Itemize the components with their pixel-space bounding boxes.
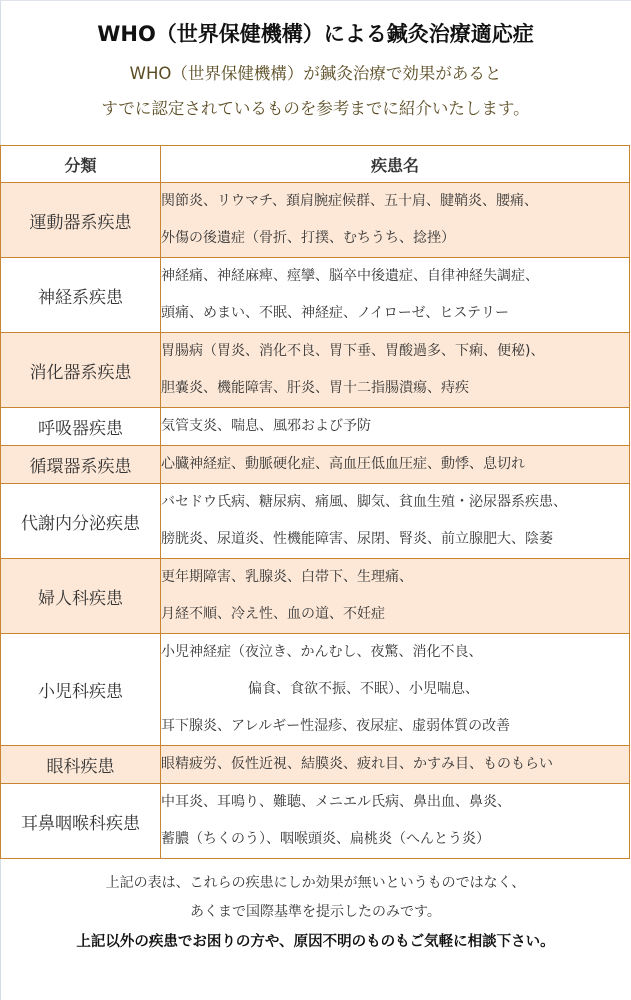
- disease-line: 中耳炎、耳鳴り、難聴、メニエル氏病、鼻出血、鼻炎、: [161, 784, 629, 821]
- disease-cell: 眼精疲労、仮性近視、結膜炎、疲れ目、かすみ目、ものもらい: [161, 746, 630, 784]
- disease-cell: バセドウ氏病、糖尿病、痛風、脚気、貧血生殖・泌尿器系疾患、 膀胱炎、尿道炎、性機…: [161, 484, 630, 559]
- table-row: 循環器系疾患 心臓神経症、動脈硬化症、高血圧低血圧症、動悸、息切れ: [1, 446, 630, 484]
- disease-line: 神経痛、神経麻痺、痙攣、脳卒中後遺症、自律神経失調症、: [161, 258, 629, 295]
- disease-line: 偏食、食欲不振、不眠）、小児喘息、: [161, 671, 629, 708]
- disease-line: 関節炎、リウマチ、頚肩腕症候群、五十肩、腱鞘炎、腰痛、: [161, 183, 629, 220]
- category-cell: 耳鼻咽喉科疾患: [1, 784, 161, 859]
- disease-line: 胃腸病（胃炎、消化不良、胃下垂、胃酸過多、下痢、便秘)、: [161, 333, 629, 370]
- table-row: 眼科疾患 眼精疲労、仮性近視、結膜炎、疲れ目、かすみ目、ものもらい: [1, 746, 630, 784]
- category-cell: 小児科疾患: [1, 634, 161, 746]
- disease-cell: 小児神経症（夜泣き、かんむし、夜驚、消化不良、 偏食、食欲不振、不眠）、小児喘息…: [161, 634, 630, 746]
- subtitle-line-1: WHO（世界保健機構）が鍼灸治療で効果があると: [0, 56, 631, 92]
- disease-line: 外傷の後遺症（骨折、打撲、むちうち、捻挫）: [161, 220, 629, 257]
- disease-line: 膀胱炎、尿道炎、性機能障害、尿閉、腎炎、前立腺肥大、陰萎: [161, 521, 629, 558]
- table-row: 呼吸器疾患 気管支炎、喘息、風邪および予防: [1, 408, 630, 446]
- table-row: 神経系疾患 神経痛、神経麻痺、痙攣、脳卒中後遺症、自律神経失調症、 頭痛、めまい…: [1, 258, 630, 333]
- table-row: 代謝内分泌疾患 バセドウ氏病、糖尿病、痛風、脚気、貧血生殖・泌尿器系疾患、 膀胱…: [1, 484, 630, 559]
- category-cell: 神経系疾患: [1, 258, 161, 333]
- footer-note-line-2: あくまで国際基準を提示したのみです。: [0, 895, 631, 929]
- page-title: WHO（世界保健機構）による鍼灸治療適応症: [0, 18, 631, 50]
- disease-line: 眼精疲労、仮性近視、結膜炎、疲れ目、かすみ目、ものもらい: [161, 746, 629, 783]
- footer-consultation-note: 上記以外の疾患でお困りの方や、原因不明のものもご気軽に相談下さい。: [0, 925, 631, 959]
- disease-cell: 気管支炎、喘息、風邪および予防: [161, 408, 630, 446]
- category-cell: 眼科疾患: [1, 746, 161, 784]
- disease-cell: 中耳炎、耳鳴り、難聴、メニエル氏病、鼻出血、鼻炎、 蓄膿（ちくのう）、咽喉頭炎、…: [161, 784, 630, 859]
- disease-line: 小児神経症（夜泣き、かんむし、夜驚、消化不良、: [161, 634, 629, 671]
- disease-line: 頭痛、めまい、不眠、神経症、ノイローゼ、ヒステリー: [161, 295, 629, 332]
- disease-line: 蓄膿（ちくのう）、咽喉頭炎、扁桃炎（へんとう炎）: [161, 821, 629, 858]
- header-category: 分類: [1, 146, 161, 183]
- subtitle-line-2: すでに認定されているものを参考までに紹介いたします。: [0, 91, 631, 127]
- disease-line: 胆嚢炎、機能障害、肝炎、胃十二指腸潰瘍、痔疾: [161, 370, 629, 407]
- disease-line: 心臓神経症、動脈硬化症、高血圧低血圧症、動悸、息切れ: [161, 446, 629, 483]
- table-row: 運動器系疾患 関節炎、リウマチ、頚肩腕症候群、五十肩、腱鞘炎、腰痛、 外傷の後遺…: [1, 183, 630, 258]
- disease-cell: 関節炎、リウマチ、頚肩腕症候群、五十肩、腱鞘炎、腰痛、 外傷の後遺症（骨折、打撲…: [161, 183, 630, 258]
- disease-cell: 更年期障害、乳腺炎、白帯下、生理痛、 月経不順、冷え性、血の道、不妊症: [161, 559, 630, 634]
- disease-line: 耳下腺炎、アレルギー性湿疹、夜尿症、虚弱体質の改善: [161, 708, 629, 745]
- table-row: 消化器系疾患 胃腸病（胃炎、消化不良、胃下垂、胃酸過多、下痢、便秘)、 胆嚢炎、…: [1, 333, 630, 408]
- disease-line: 更年期障害、乳腺炎、白帯下、生理痛、: [161, 559, 629, 596]
- disease-line: 月経不順、冷え性、血の道、不妊症: [161, 596, 629, 633]
- category-cell: 循環器系疾患: [1, 446, 161, 484]
- table-header-row: 分類 疾患名: [1, 146, 630, 183]
- indications-table: 分類 疾患名 運動器系疾患 関節炎、リウマチ、頚肩腕症候群、五十肩、腱鞘炎、腰痛…: [0, 145, 630, 859]
- header-disease-name: 疾患名: [161, 146, 630, 183]
- category-cell: 代謝内分泌疾患: [1, 484, 161, 559]
- disease-cell: 神経痛、神経麻痺、痙攣、脳卒中後遺症、自律神経失調症、 頭痛、めまい、不眠、神経…: [161, 258, 630, 333]
- disease-line: 気管支炎、喘息、風邪および予防: [161, 408, 629, 445]
- category-cell: 婦人科疾患: [1, 559, 161, 634]
- category-cell: 運動器系疾患: [1, 183, 161, 258]
- table-row: 耳鼻咽喉科疾患 中耳炎、耳鳴り、難聴、メニエル氏病、鼻出血、鼻炎、 蓄膿（ちくの…: [1, 784, 630, 859]
- table-row: 婦人科疾患 更年期障害、乳腺炎、白帯下、生理痛、 月経不順、冷え性、血の道、不妊…: [1, 559, 630, 634]
- disease-line: バセドウ氏病、糖尿病、痛風、脚気、貧血生殖・泌尿器系疾患、: [161, 484, 629, 521]
- table-row: 小児科疾患 小児神経症（夜泣き、かんむし、夜驚、消化不良、 偏食、食欲不振、不眠…: [1, 634, 630, 746]
- category-cell: 消化器系疾患: [1, 333, 161, 408]
- disease-cell: 胃腸病（胃炎、消化不良、胃下垂、胃酸過多、下痢、便秘)、 胆嚢炎、機能障害、肝炎…: [161, 333, 630, 408]
- disease-cell: 心臓神経症、動脈硬化症、高血圧低血圧症、動悸、息切れ: [161, 446, 630, 484]
- category-cell: 呼吸器疾患: [1, 408, 161, 446]
